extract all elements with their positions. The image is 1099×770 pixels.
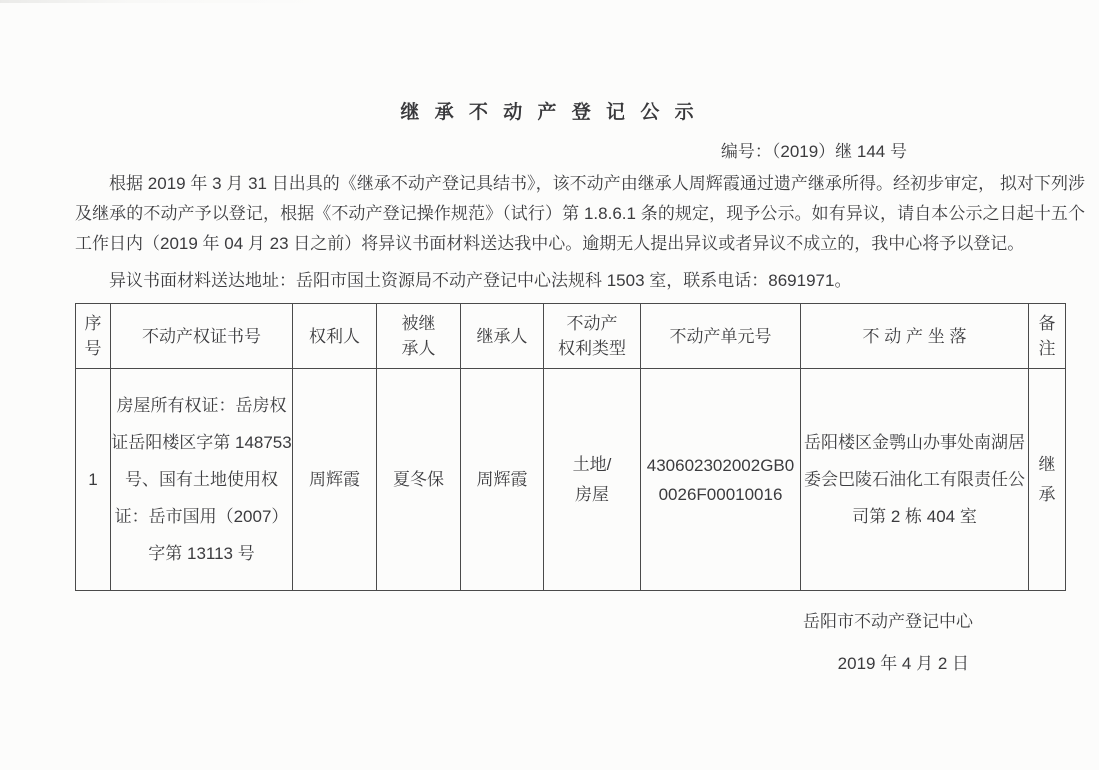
header-unit-no: 不动产单元号 <box>641 304 801 369</box>
issue-date: 2019 年 4 月 2 日 <box>0 649 1099 674</box>
notice-table: 序 号 不动产权证书号 权利人 被继 承人 继承人 不动产 权利类型 不动产单元… <box>75 303 1066 591</box>
notice-paragraph: 根据 2019 年 3 月 31 日出具的《继承不动产登记具结书》，该不动产由继… <box>75 169 1085 259</box>
cell-certificate-no: 房屋所有权证：岳房权证岳阳楼区字第 148753 号、国有土地使用权证：岳市国用… <box>111 369 293 591</box>
scan-edge-artifact <box>0 0 1099 3</box>
document-page: 继 承 不 动 产 登 记 公 示 编号：（2019）继 144 号 根据 20… <box>0 0 1099 770</box>
table-header-row: 序 号 不动产权证书号 权利人 被继 承人 继承人 不动产 权利类型 不动产单元… <box>76 304 1066 369</box>
header-right-holder: 权利人 <box>293 304 377 369</box>
cell-heir: 周辉霞 <box>461 369 544 591</box>
doc-number: 编号：（2019）继 144 号 <box>0 137 1099 162</box>
header-right-type: 不动产 权利类型 <box>544 304 641 369</box>
issuer-signature: 岳阳市不动产登记中心 <box>0 607 1099 632</box>
cell-unit-no: 430602302002GB0 0026F00010016 <box>641 369 801 591</box>
cell-right-holder: 周辉霞 <box>293 369 377 591</box>
header-heir: 继承人 <box>461 304 544 369</box>
cell-right-type: 土地/ 房屋 <box>544 369 641 591</box>
cell-decedent: 夏冬保 <box>377 369 461 591</box>
header-location: 不 动 产 坐 落 <box>801 304 1029 369</box>
header-certificate-no: 不动产权证书号 <box>111 304 293 369</box>
cell-location: 岳阳楼区金鹗山办事处南湖居委会巴陵石油化工有限责任公司第 2 栋 404 室 <box>801 369 1029 591</box>
header-seq: 序 号 <box>76 304 111 369</box>
header-decedent: 被继 承人 <box>377 304 461 369</box>
cell-remark: 继 承 <box>1029 369 1066 591</box>
page-title: 继 承 不 动 产 登 记 公 示 <box>0 97 1099 124</box>
objection-address-paragraph: 异议书面材料送达地址：岳阳市国土资源局不动产登记中心法规科 1503 室，联系电… <box>75 266 1085 296</box>
cell-seq: 1 <box>76 369 111 591</box>
header-remark: 备 注 <box>1029 304 1066 369</box>
table-row: 1 房屋所有权证：岳房权证岳阳楼区字第 148753 号、国有土地使用权证：岳市… <box>76 369 1066 591</box>
